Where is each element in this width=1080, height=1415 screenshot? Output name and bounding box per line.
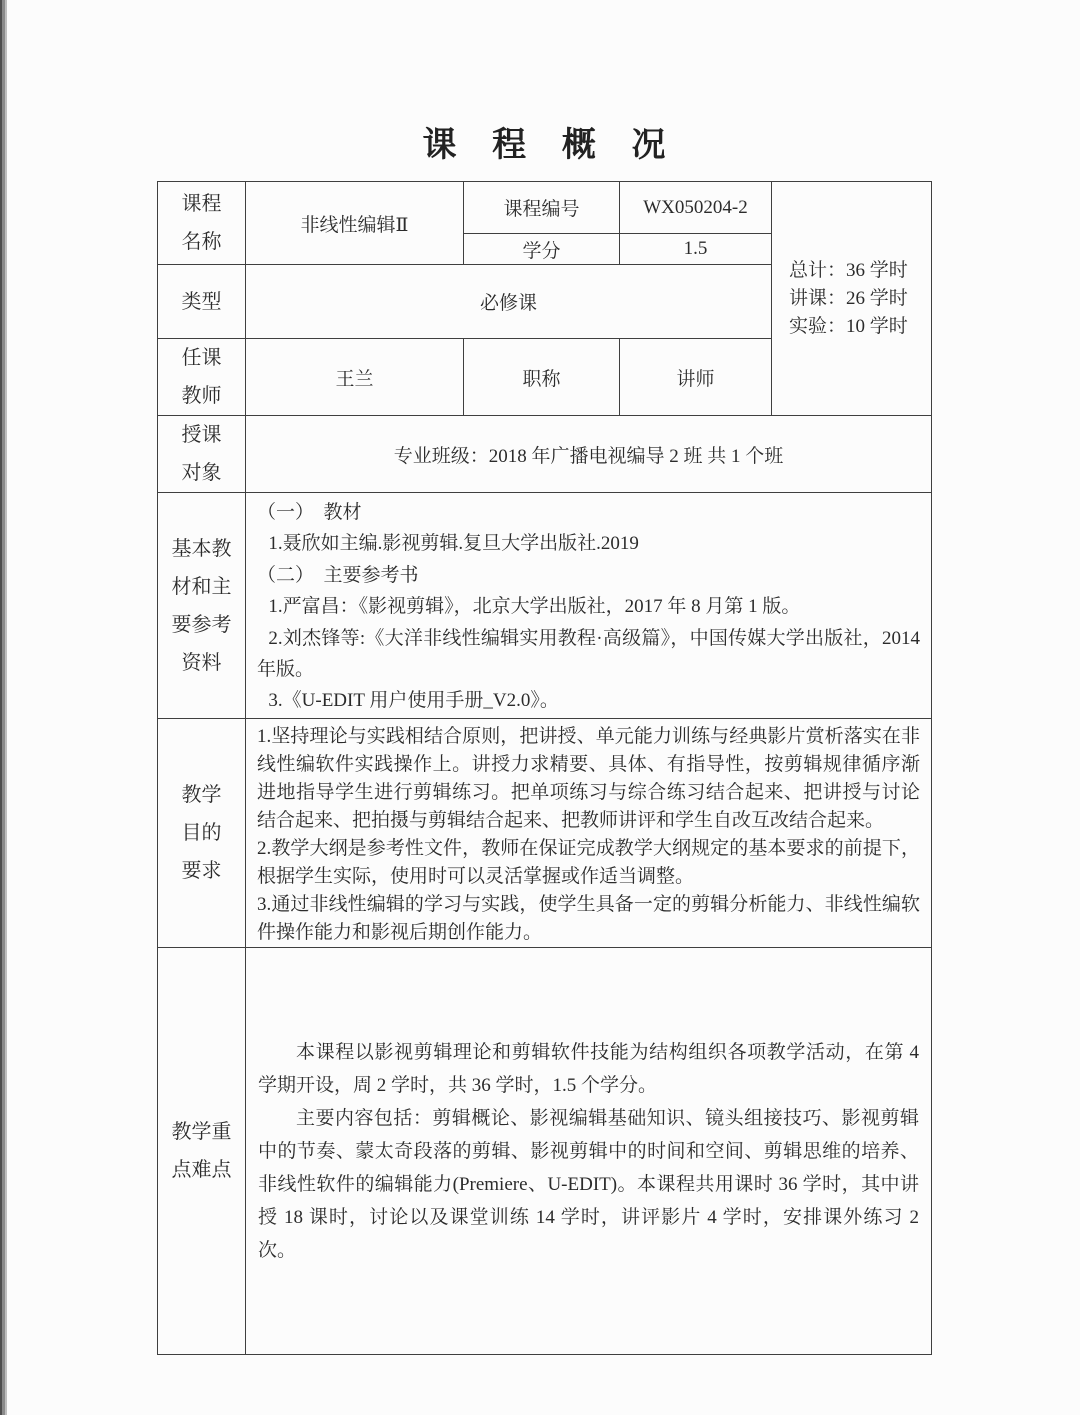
page-title-text: 课程概况: [422, 125, 701, 165]
row-objectives: 教学 目的 要求 1.坚持理论与实践相结合原则，把讲授、单元能力训练与经典影片赏…: [158, 719, 932, 948]
key-points-label: 教学重 点难点: [158, 948, 246, 1355]
key-points-paragraph: 主要内容包括：剪辑概论、影视编辑基础知识、镜头组接技巧、影视剪辑中的节奏、蒙太奇…: [258, 1102, 919, 1267]
scan-edge-shadow: [0, 0, 7, 1415]
course-name-value: 非线性编辑Ⅱ: [246, 182, 464, 265]
objectives-item: 2.教学大纲是参考性文件，教师在保证完成教学大纲规定的基本要求的前提下，根据学生…: [257, 835, 920, 891]
type-label: 类型: [158, 265, 246, 339]
hours-total: 总计：36 学时: [789, 257, 931, 285]
course-name-label: 课程 名称: [158, 182, 246, 265]
row-key-points: 教学重 点难点 本课程以影视剪辑理论和剪辑软件技能为结构组织各项教学活动，在第 …: [158, 948, 932, 1355]
credit-value: 1.5: [620, 234, 772, 265]
audience-value: 专业班级：2018 年广播电视编导 2 班 共 1 个班: [246, 416, 932, 493]
materials-line: 1.聂欣如主编.影视剪辑.复旦大学出版社.2019: [257, 528, 920, 559]
credit-label: 学分: [464, 234, 620, 265]
materials-label: 基本教 材和主 要参考 资料: [158, 493, 246, 719]
teacher-title-label: 职称: [464, 339, 620, 416]
teacher-title-value: 讲师: [620, 339, 772, 416]
objectives-item: 1.坚持理论与实践相结合原则，把讲授、单元能力训练与经典影片赏析落实在非线性编软…: [257, 723, 920, 835]
row-audience: 授课 对象 专业班级：2018 年广播电视编导 2 班 共 1 个班: [158, 416, 932, 493]
objectives-item: 3.通过非线性编辑的学习与实践，使学生具备一定的剪辑分析能力、非线性编软件操作能…: [257, 891, 920, 947]
course-code-label: 课程编号: [464, 182, 620, 234]
key-points-paragraph: 本课程以影视剪辑理论和剪辑软件技能为结构组织各项教学活动，在第 4 学期开设，周…: [258, 1036, 919, 1102]
materials-line: 2.刘杰锋等:《大洋非线性编辑实用教程·高级篇》，中国传媒大学出版社，2014 …: [257, 623, 920, 686]
audience-label: 授课 对象: [158, 416, 246, 493]
hours-summary-cell: 总计：36 学时 讲课：26 学时 实验：10 学时: [772, 182, 932, 416]
materials-content: （一） 教材 1.聂欣如主编.影视剪辑.复旦大学出版社.2019 （二） 主要参…: [246, 493, 932, 719]
hours-experiment: 实验：10 学时: [789, 313, 931, 341]
materials-line: 1.严富昌：《影视剪辑》，北京大学出版社，2017 年 8 月第 1 版。: [257, 591, 920, 622]
teacher-name: 王兰: [246, 339, 464, 416]
page-title: 课程概况: [157, 124, 931, 166]
type-value: 必修课: [246, 265, 772, 339]
materials-line: 3.《U-EDIT 用户使用手册_V2.0》。: [257, 685, 920, 716]
key-points-content: 本课程以影视剪辑理论和剪辑软件技能为结构组织各项教学活动，在第 4 学期开设，周…: [246, 948, 932, 1355]
objectives-label: 教学 目的 要求: [158, 719, 246, 948]
materials-line: （二） 主要参考书: [257, 560, 920, 591]
row-materials: 基本教 材和主 要参考 资料 （一） 教材 1.聂欣如主编.影视剪辑.复旦大学出…: [158, 493, 932, 719]
document-page: 课程概况 课程 名称 非线性编辑Ⅱ 课程编号 WX050204-2 总计：36 …: [0, 0, 1080, 1415]
row-course-name: 课程 名称 非线性编辑Ⅱ 课程编号 WX050204-2 总计：36 学时 讲课…: [158, 182, 932, 234]
course-code-value: WX050204-2: [620, 182, 772, 234]
materials-line: （一） 教材: [257, 497, 920, 528]
course-overview-table: 课程 名称 非线性编辑Ⅱ 课程编号 WX050204-2 总计：36 学时 讲课…: [157, 181, 932, 1355]
teacher-label: 任课 教师: [158, 339, 246, 416]
objectives-content: 1.坚持理论与实践相结合原则，把讲授、单元能力训练与经典影片赏析落实在非线性编软…: [246, 719, 932, 948]
hours-lecture: 讲课：26 学时: [789, 285, 931, 313]
